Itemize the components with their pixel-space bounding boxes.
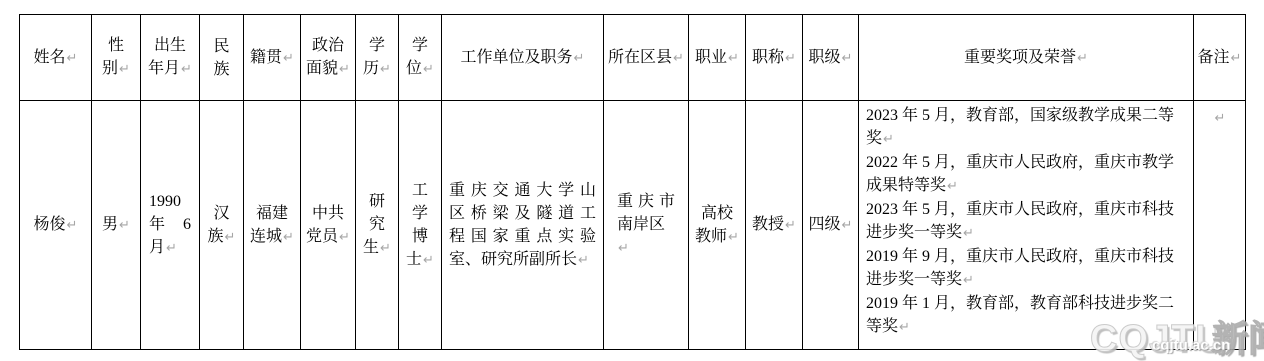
cell-degree: 工 学 博 士↵ <box>399 101 442 350</box>
cell-line: ↵ <box>1194 106 1245 130</box>
cell-gender: 男↵ <box>92 101 141 350</box>
header-cell-native-place: 籍贯↵ <box>244 15 301 101</box>
cell-line: 学 <box>399 34 441 57</box>
header-cell-awards: 重要奖项及荣誉↵ <box>859 15 1194 101</box>
header-cell-degree: 学 位↵ <box>399 15 442 101</box>
cell-line: 面貌↵ <box>301 57 355 81</box>
award-item: 2019 年 9 月，重庆市人民政府，重庆市科技进步奖一等奖↵ <box>866 245 1187 292</box>
return-mark-icon: ↵ <box>67 218 78 233</box>
cell-line: 究 <box>356 213 398 236</box>
cell-work-unit: 重庆交通大学山 区桥梁及隧道工 程国家重点实验 室、研究所副所长↵ <box>442 101 604 350</box>
cell-line: 工 <box>399 179 441 202</box>
header-cell-occupation: 职业↵ <box>689 15 746 101</box>
cell-line: 博 <box>399 225 441 248</box>
cell-line: 备注↵ <box>1194 46 1245 70</box>
return-mark-icon: ↵ <box>380 62 391 77</box>
header-cell-district: 所在区县↵ <box>604 15 689 101</box>
data-row: 杨俊↵ 男↵ 1990 年 6 月↵ 汉 族↵ 福建 连城↵ 中共 党员↵ 研 … <box>20 101 1246 350</box>
header-cell-birth: 出生 年月↵ <box>141 15 200 101</box>
return-mark-icon: ↵ <box>842 218 853 233</box>
header-cell-ethnicity: 民 族 <box>200 15 244 101</box>
return-mark-icon: ↵ <box>380 241 391 256</box>
cell-ethnicity: 汉 族↵ <box>200 101 244 350</box>
header-cell-name: 姓名↵ <box>20 15 92 101</box>
award-item: 2023 年 5 月，教育部，国家级教学成果二等奖↵ <box>866 104 1187 151</box>
cell-line: 籍贯↵ <box>244 46 300 70</box>
cell-occupation: 高校 教师↵ <box>689 101 746 350</box>
header-cell-gender: 性 别↵ <box>92 15 141 101</box>
cell-line: 士↵ <box>399 248 441 272</box>
cell-education: 研 究 生↵ <box>356 101 399 350</box>
cell-birth: 1990 年 6 月↵ <box>141 101 200 350</box>
return-mark-icon: ↵ <box>947 179 958 194</box>
return-mark-icon: ↵ <box>842 51 853 66</box>
cell-line: 中共 <box>301 202 355 225</box>
header-row: 姓名↵ 性 别↵ 出生 年月↵ 民 族 籍贯↵ 政治 面貌↵ 学 历↵ 学 位↵ <box>20 15 1246 101</box>
return-mark-icon: ↵ <box>119 62 130 77</box>
return-mark-icon: ↵ <box>883 132 894 147</box>
cell-line: 职业↵ <box>689 46 745 70</box>
cell-grade: 四级↵ <box>803 101 859 350</box>
cell-line: 重庆市 <box>617 190 675 213</box>
cell-line: 室、研究所副所长↵ <box>449 248 596 272</box>
cell-line: 别↵ <box>92 57 140 81</box>
cell-line: 学 <box>356 34 398 57</box>
cell-awards: 2023 年 5 月，教育部，国家级教学成果二等奖↵ 2022 年 5 月，重庆… <box>859 101 1194 350</box>
cell-name: 杨俊↵ <box>20 101 92 350</box>
return-mark-icon: ↵ <box>181 62 192 77</box>
cell-line: 政治 <box>301 34 355 57</box>
header-cell-remark: 备注↵ <box>1194 15 1246 101</box>
cell-line: 程国家重点实验 <box>449 225 596 248</box>
cell-line: 职称↵ <box>746 46 802 70</box>
cell-district: 重庆市 南岸区↵ <box>604 101 689 350</box>
cell-line: 男↵ <box>92 213 140 237</box>
cell-line: 月↵ <box>149 236 191 260</box>
header-cell-work-unit: 工作单位及职务↵ <box>442 15 604 101</box>
cell-line: 性 <box>92 34 140 57</box>
cell-line: 族↵ <box>200 225 243 249</box>
cell-line: 出生 <box>141 34 199 57</box>
return-mark-icon: ↵ <box>423 253 434 268</box>
return-mark-icon: ↵ <box>225 230 236 245</box>
return-mark-icon: ↵ <box>67 51 78 66</box>
return-mark-icon: ↵ <box>423 62 434 77</box>
cell-line: 研 <box>356 190 398 213</box>
cell-line: 历↵ <box>356 57 398 81</box>
cell-line: 工作单位及职务↵ <box>442 46 603 70</box>
cell-line: 党员↵ <box>301 225 355 249</box>
cell-line: 连城↵ <box>244 225 300 249</box>
cell-political: 中共 党员↵ <box>301 101 356 350</box>
cell-line: 重庆交通大学山 <box>449 179 596 202</box>
cell-line: 所在区县↵ <box>604 46 688 70</box>
cell-line: 高校 <box>689 202 745 225</box>
cell-line: 年 6 <box>149 213 191 236</box>
return-mark-icon: ↵ <box>728 51 739 66</box>
cell-line: 年月↵ <box>141 57 199 81</box>
return-mark-icon: ↵ <box>339 62 350 77</box>
cell-line: 民 <box>200 35 243 58</box>
cell-line: 族 <box>200 58 243 81</box>
return-mark-icon: ↵ <box>785 51 796 66</box>
cell-line: 教师↵ <box>689 225 745 249</box>
cell-line: 生↵ <box>356 236 398 260</box>
cell-line: 杨俊↵ <box>20 213 91 237</box>
cell-line: 学 <box>399 202 441 225</box>
cell-line: 南岸区↵ <box>617 213 675 260</box>
header-cell-political: 政治 面貌↵ <box>301 15 356 101</box>
return-mark-icon: ↵ <box>578 253 589 268</box>
return-mark-icon: ↵ <box>1077 51 1088 66</box>
return-mark-icon: ↵ <box>166 241 177 256</box>
cell-line: 四级↵ <box>803 213 858 237</box>
cell-line: 教授↵ <box>746 213 802 237</box>
cell-line: 区桥梁及隧道工 <box>449 202 596 225</box>
cell-line: 重要奖项及荣誉↵ <box>859 46 1193 70</box>
return-mark-icon: ↵ <box>963 226 974 241</box>
header-cell-education: 学 历↵ <box>356 15 399 101</box>
return-mark-icon: ↵ <box>899 320 910 335</box>
return-mark-icon: ↵ <box>618 241 629 256</box>
return-mark-icon: ↵ <box>1215 111 1226 126</box>
return-mark-icon: ↵ <box>283 51 294 66</box>
cell-native-place: 福建 连城↵ <box>244 101 301 350</box>
cell-line: 姓名↵ <box>20 46 91 70</box>
cell-title: 教授↵ <box>746 101 803 350</box>
return-mark-icon: ↵ <box>1231 51 1242 66</box>
return-mark-icon: ↵ <box>728 230 739 245</box>
return-mark-icon: ↵ <box>963 273 974 288</box>
return-mark-icon: ↵ <box>119 218 130 233</box>
cell-line: 福建 <box>244 202 300 225</box>
cell-remark: ↵ <box>1194 101 1246 350</box>
return-mark-icon: ↵ <box>574 51 585 66</box>
header-cell-title: 职称↵ <box>746 15 803 101</box>
return-mark-icon: ↵ <box>673 51 684 66</box>
return-mark-icon: ↵ <box>339 230 350 245</box>
personnel-table: 姓名↵ 性 别↵ 出生 年月↵ 民 族 籍贯↵ 政治 面貌↵ 学 历↵ 学 位↵ <box>19 14 1246 350</box>
award-item: 2022 年 5 月，重庆市人民政府，重庆市教学成果特等奖↵ <box>866 151 1187 198</box>
cell-line: 1990 <box>149 190 191 213</box>
cell-line: 位↵ <box>399 57 441 81</box>
award-item: 2019 年 1 月，教育部，教育部科技进步奖二等奖↵ <box>866 292 1187 339</box>
award-item: 2023 年 5 月，重庆市人民政府，重庆市科技进步奖一等奖↵ <box>866 198 1187 245</box>
cell-line: 职级↵ <box>803 46 858 70</box>
header-cell-grade: 职级↵ <box>803 15 859 101</box>
return-mark-icon: ↵ <box>785 218 796 233</box>
return-mark-icon: ↵ <box>283 230 294 245</box>
cell-line: 汉 <box>200 202 243 225</box>
